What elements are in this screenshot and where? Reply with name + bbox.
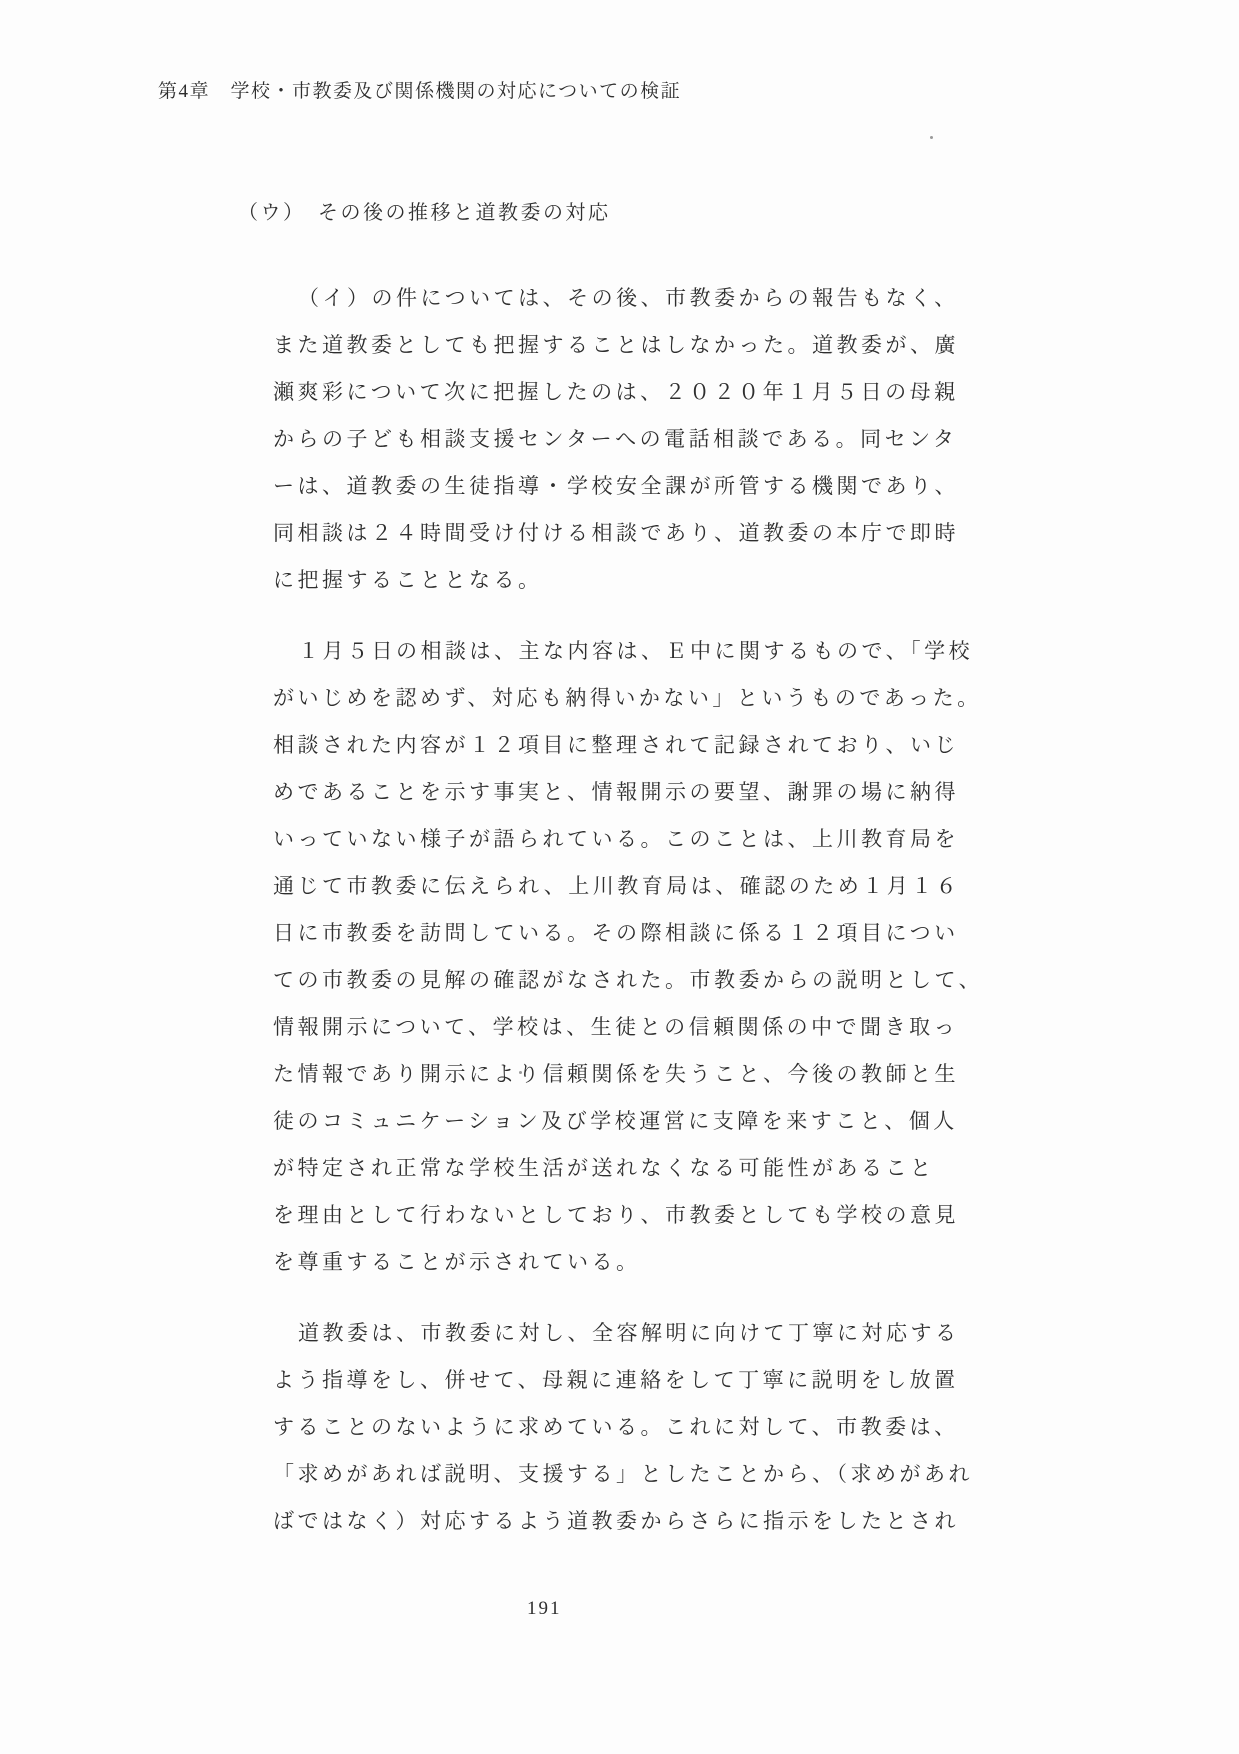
text-line: た情報であり開示により信頼関係を失うこと、今後の教師と生 <box>273 1051 983 1098</box>
text-line: 通じて市教委に伝えられ、上川教育局は、確認のため１月１６ <box>273 863 983 910</box>
text-line: が特定され正常な学校生活が送れなくなる可能性があること <box>273 1145 983 1192</box>
document-page: 第4章 学校・市教委及び関係機関の対応についての検証 （ウ） その後の推移と道教… <box>0 0 1239 1754</box>
scan-speck <box>519 1071 522 1074</box>
text-line: いっていない様子が語られている。このことは、上川教育局を <box>273 816 983 863</box>
text-line: よう指導をし、併せて、母親に連絡をして丁寧に説明をし放置 <box>273 1357 983 1404</box>
section-heading: （ウ） その後の推移と道教委の対応 <box>238 196 611 225</box>
text-line: ーは、道教委の生徒指導・学校安全課が所管する機関であり、 <box>273 463 983 510</box>
text-line: （イ）の件については、その後、市教委からの報告もなく、 <box>273 275 983 322</box>
text-line: 日に市教委を訪問している。その際相談に係る１２項目につい <box>273 910 983 957</box>
text-line: 道教委は、市教委に対し、全容解明に向けて丁寧に対応する <box>273 1310 983 1357</box>
text-line: また道教委としても把握することはしなかった。道教委が、廣 <box>273 322 983 369</box>
text-line: 徒のコミュニケーション及び学校運営に支障を来すこと、個人 <box>273 1098 983 1145</box>
text-line: ばではなく）対応するよう道教委からさらに指示をしたとされ <box>273 1498 983 1545</box>
body-text: （イ）の件については、その後、市教委からの報告もなく、 また道教委としても把握す… <box>273 275 983 1545</box>
text-line: ての市教委の見解の確認がなされた。市教委からの説明として、 <box>273 957 983 1004</box>
text-line: に把握することとなる。 <box>273 557 983 604</box>
text-line: することのないように求めている。これに対して、市教委は、 <box>273 1404 983 1451</box>
text-line: がいじめを認めず、対応も納得いかない」というものであった。 <box>273 675 983 722</box>
chapter-header: 第4章 学校・市教委及び関係機関の対応についての検証 <box>158 76 681 103</box>
text-line: 「求めがあれば説明、支援する」としたことから、（求めがあれ <box>273 1451 983 1498</box>
text-line: を理由として行わないとしており、市教委としても学校の意見 <box>273 1192 983 1239</box>
paragraph-3: 道教委は、市教委に対し、全容解明に向けて丁寧に対応する よう指導をし、併せて、母… <box>273 1310 983 1545</box>
page-number: 191 <box>527 1598 562 1620</box>
text-line: 同相談は２４時間受け付ける相談であり、道教委の本庁で即時 <box>273 510 983 557</box>
paragraph-1: （イ）の件については、その後、市教委からの報告もなく、 また道教委としても把握す… <box>273 275 983 604</box>
text-line: 相談された内容が１２項目に整理されて記録されており、いじ <box>273 722 983 769</box>
text-line: 情報開示について、学校は、生徒との信頼関係の中で聞き取っ <box>273 1004 983 1051</box>
paragraph-2: １月５日の相談は、主な内容は、Ｅ中に関するもので、「学校 がいじめを認めず、対応… <box>273 628 983 1286</box>
text-line: からの子ども相談支援センターへの電話相談である。同センタ <box>273 416 983 463</box>
text-line: １月５日の相談は、主な内容は、Ｅ中に関するもので、「学校 <box>273 628 983 675</box>
text-line: を尊重することが示されている。 <box>273 1239 983 1286</box>
text-line: めであることを示す事実と、情報開示の要望、謝罪の場に納得 <box>273 769 983 816</box>
text-line: 瀬爽彩について次に把握したのは、２０２０年１月５日の母親 <box>273 369 983 416</box>
scan-speck <box>930 136 933 139</box>
